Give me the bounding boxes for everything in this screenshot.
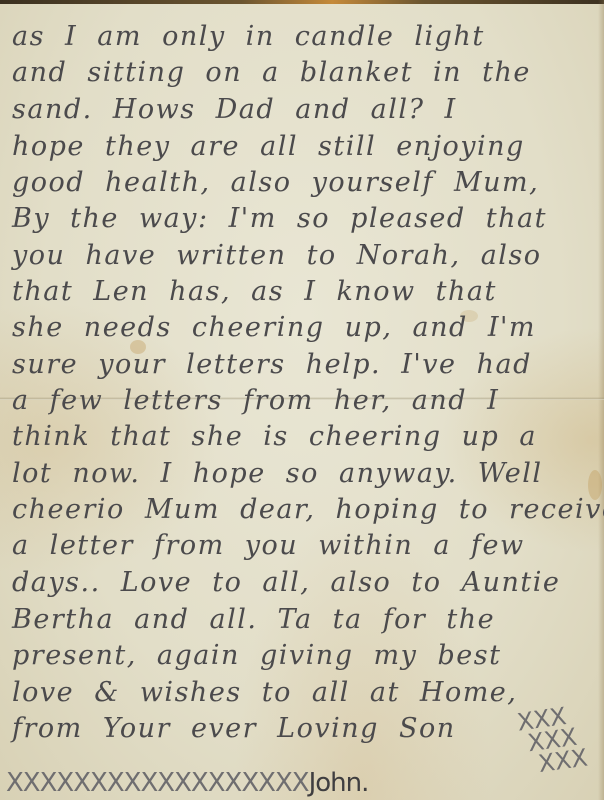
signature: John. [309, 768, 369, 798]
letter-line: sand. Hows Dad and all? I [12, 95, 457, 125]
letter-line: good health, also yourself Mum, [12, 168, 539, 198]
letter-line: days.. Love to all, also to Auntie [12, 568, 560, 598]
kisses: XXXXXXXXXXXXXXXXXX [6, 768, 309, 798]
letter-line: hope they are all still enjoying [12, 132, 525, 162]
paper-right-edge [598, 0, 604, 800]
letter-line: from Your ever Loving Son [12, 714, 456, 744]
letter-line: and sitting on a blanket in the [12, 58, 531, 88]
paper-top-edge [0, 0, 604, 4]
letter-line: that Len has, as I know that [12, 277, 497, 307]
letter-line: you have written to Norah, also [12, 241, 542, 271]
letter-line: Bertha and all. Ta ta for the [12, 605, 495, 635]
side-kisses: XXX XXX XXX [516, 701, 604, 777]
letter-line: as I am only in candle light [12, 22, 485, 52]
letter-line: love & wishes to all at Home, [12, 678, 517, 708]
letter-line: cheerio Mum dear, hoping to receive [12, 495, 604, 525]
letter-line: think that she is cheering up a [12, 422, 537, 452]
letter-line: she needs cheering up, and I'm [12, 313, 536, 343]
letter-line: a letter from you within a few [12, 531, 525, 561]
letter-page: as I am only in candle light and sitting… [0, 0, 604, 800]
letter-line: By the way: I'm so pleased that [12, 204, 547, 234]
letter-line: sure your letters help. I've had [12, 350, 532, 380]
letter-line: a few letters from her, and I [12, 386, 499, 416]
letter-line: present, again giving my best [12, 641, 501, 671]
letter-line: lot now. I hope so anyway. Well [12, 459, 543, 489]
closing-kisses-row: XXXXXXXXXXXXXXXXXXJohn. [6, 768, 368, 798]
